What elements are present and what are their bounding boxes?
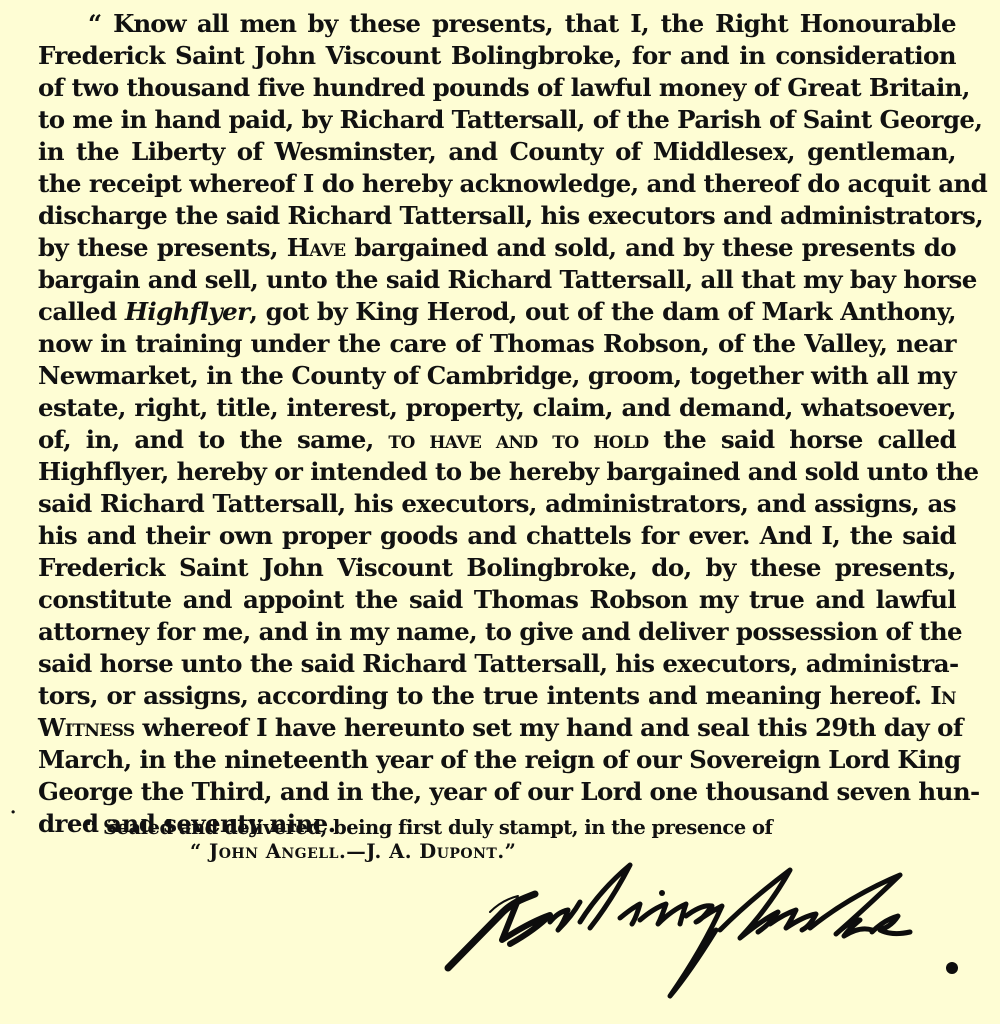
smallcaps-witness: Witness: [38, 713, 135, 742]
document-page: “ Know all men by these presents, that I…: [0, 0, 1000, 1024]
deed-line-24: March, in the nineteenth year of the rei…: [38, 744, 956, 776]
deed-line-20: attorney for me, and in my name, to give…: [38, 616, 956, 648]
deed-line-15: Highflyer, hereby or intended to be here…: [38, 456, 956, 488]
deed-line-10-post: , got by King Herod, out of the dam of M…: [249, 297, 956, 326]
witness-open-quote: “: [190, 840, 209, 863]
deed-line-10: called Highflyer, got by King Herod, out…: [38, 296, 956, 328]
deed-line-25: George the Third, and in the, year of ou…: [38, 776, 956, 808]
deed-line-2: Frederick Saint John Viscount Bolingbrok…: [38, 40, 956, 72]
deed-line-3: of two thousand five hundred pounds of l…: [38, 72, 956, 104]
deed-line-23: Witness whereof I have hereunto set my h…: [38, 712, 956, 744]
deed-line-9: bargain and sell, unto the said Richard …: [38, 264, 956, 296]
deed-line-8-post: bargained and sold, and by these present…: [346, 233, 956, 262]
smallcaps-in: In: [930, 681, 956, 710]
deed-line-1: “ Know all men by these presents, that I…: [38, 8, 956, 40]
deed-line-14-pre: of, in, and to the same,: [38, 425, 388, 454]
blackletter-opening: Know all men: [113, 9, 296, 38]
attestation-clause: “ Sealed and delivered, being first duly…: [86, 816, 786, 840]
deed-line-6: the receipt whereof I do hereby acknowle…: [38, 168, 956, 200]
deed-line-18: Frederick Saint John Viscount Bolingbrok…: [38, 552, 956, 584]
deed-line-7: discharge the said Richard Tattersall, h…: [38, 200, 956, 232]
deed-line-11: now in training under the care of Thomas…: [38, 328, 956, 360]
deed-line-5: in the Liberty of Wesminster, and County…: [38, 136, 956, 168]
bolingbroke-signature: [440, 860, 1000, 1024]
smallcaps-habendum: to have and to hold: [388, 425, 648, 454]
deed-line-13: estate, right, title, interest, property…: [38, 392, 956, 424]
deed-line-16: said Richard Tattersall, his executors, …: [38, 488, 956, 520]
opening-quote: “: [88, 9, 113, 38]
deed-line-21: said horse unto the said Richard Tatters…: [38, 648, 956, 680]
deed-of-sale-text: “ Know all men by these presents, that I…: [38, 8, 956, 840]
deed-line-8: by these presents, Have bargained and so…: [38, 232, 956, 264]
deed-line-12: Newmarket, in the County of Cambridge, g…: [38, 360, 956, 392]
deed-line-8-pre: by these presents,: [38, 233, 287, 262]
deed-line-19: constitute and appoint the said Thomas R…: [38, 584, 956, 616]
deed-line-23-post: whereof I have hereunto set my hand and …: [135, 713, 963, 742]
horse-name-italic: Highflyer: [125, 297, 250, 326]
deed-line-10-pre: called: [38, 297, 125, 326]
deed-line-14-post: the said horse called: [648, 425, 956, 454]
deed-line-4: to me in hand paid, by Richard Tattersal…: [38, 104, 956, 136]
deed-line-17: his and their own proper goods and chatt…: [38, 520, 956, 552]
deed-line-1-rest: by these presents, that I, the Right Hon…: [296, 9, 956, 38]
smallcaps-have: Have: [287, 233, 346, 262]
margin-mark: ·: [10, 802, 16, 823]
deed-line-22-pre: tors, or assigns, according to the true …: [38, 681, 930, 710]
deed-line-22: tors, or assigns, according to the true …: [38, 680, 956, 712]
deed-line-14: of, in, and to the same, to have and to …: [38, 424, 956, 456]
